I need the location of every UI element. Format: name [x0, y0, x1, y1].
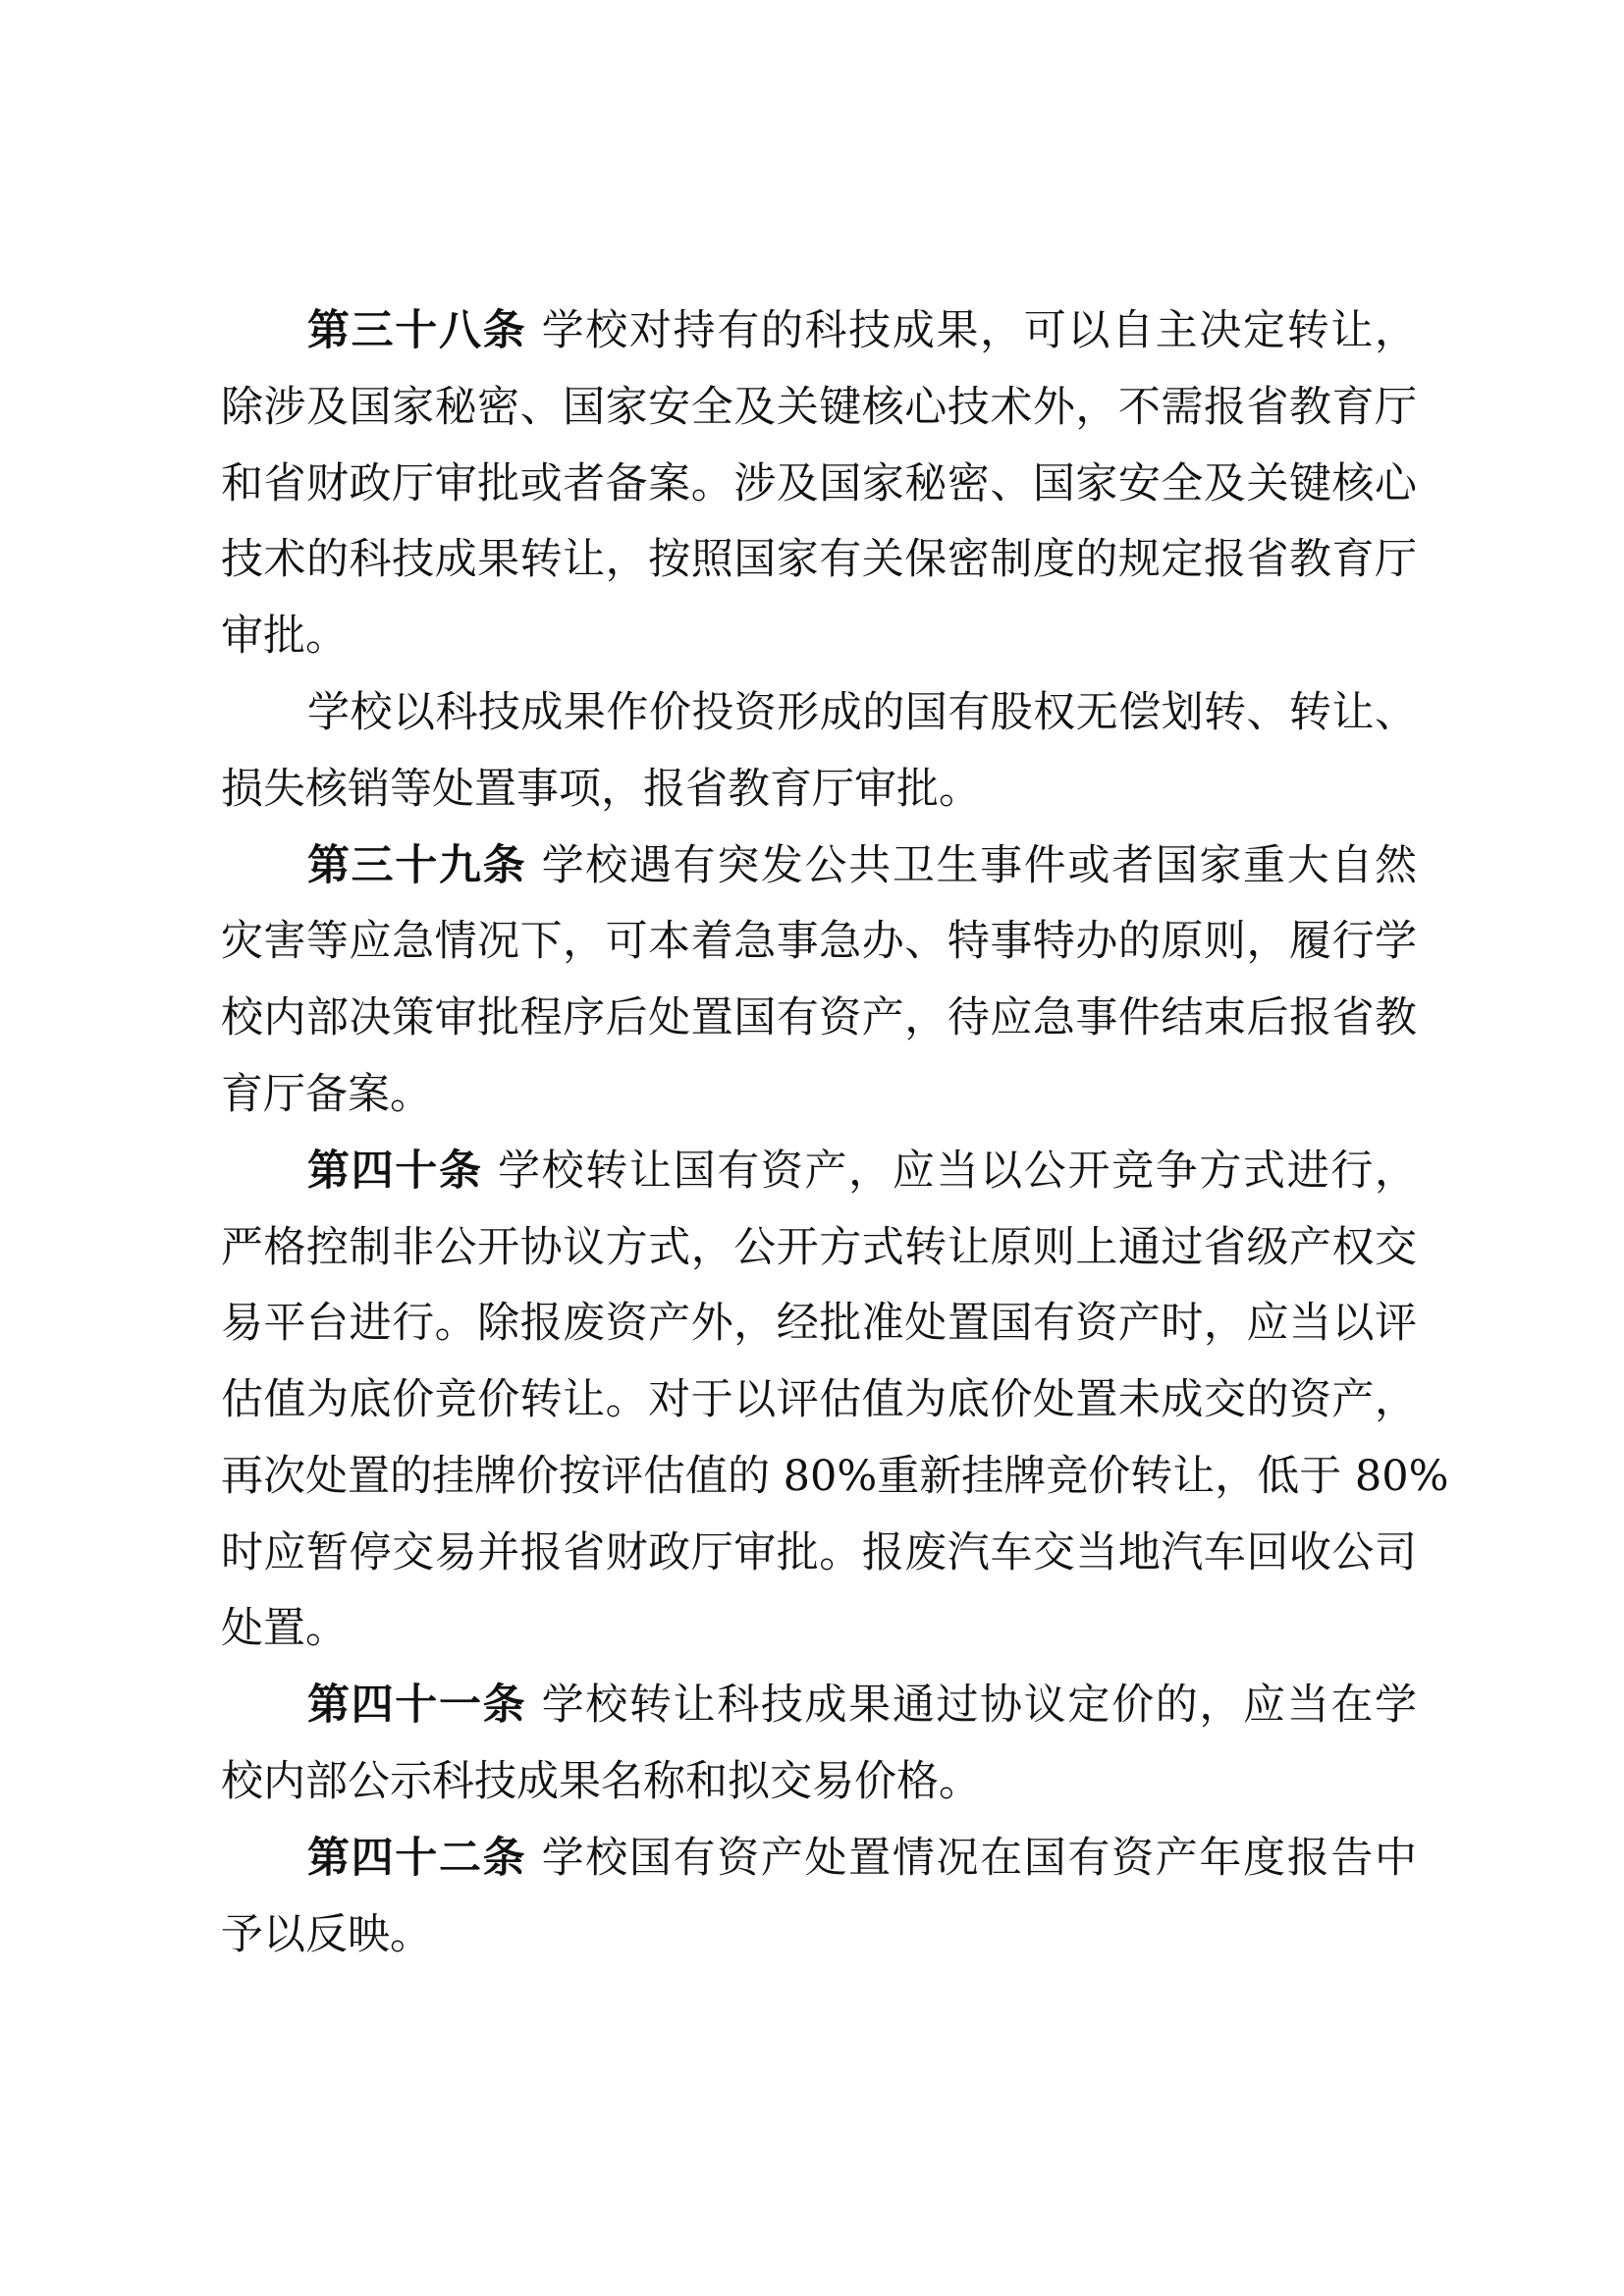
article-39-line-4: 育厅备案。 — [221, 1056, 1417, 1133]
article-38-line-3: 和省财政厅审批或者备案。涉及国家秘密、国家安全及关键核心 — [221, 446, 1417, 522]
article-38-line-1: 第三十八条 学校对持有的科技成果，可以自主决定转让， — [307, 293, 1417, 369]
article-40-line-5: 再次处置的挂牌价按评估值的 80%重新挂牌竞价转让，低于 80% — [221, 1438, 1417, 1515]
article-38-para2-line-1: 学校以科技成果作价投资形成的国有股权无偿划转、转让、 — [307, 674, 1417, 751]
article-38-heading: 第三十八条 — [307, 306, 526, 355]
article-39-heading: 第三十九条 — [307, 841, 526, 890]
article-42-line-1: 第四十二条 学校国有资产处置情况在国有资产年度报告中 — [307, 1820, 1417, 1896]
article-40-line-2: 严格控制非公开协议方式，公开方式转让原则上通过省级产权交 — [221, 1209, 1417, 1286]
article-39-line-1: 第三十九条 学校遇有突发公共卫生事件或者国家重大自然 — [307, 828, 1417, 904]
article-39-line-2: 灾害等应急情况下，可本着急事急办、特事特办的原则，履行学 — [221, 903, 1417, 980]
article-39-line-3: 校内部决策审批程序后处置国有资产，待应急事件结束后报省教 — [221, 980, 1417, 1056]
article-40-line-1: 第四十条 学校转让国有资产，应当以公开竞争方式进行， — [307, 1133, 1417, 1209]
article-41-line-1: 第四十一条 学校转让科技成果通过协议定价的，应当在学 — [307, 1667, 1417, 1743]
article-40-line-7: 处置。 — [221, 1590, 1417, 1667]
article-41-line-2: 校内部公示科技成果名称和拟交易价格。 — [221, 1743, 1417, 1820]
article-41-heading: 第四十一条 — [307, 1681, 526, 1730]
article-38-line-5: 审批。 — [221, 598, 1417, 674]
article-38-line-2: 除涉及国家秘密、国家安全及关键核心技术外，不需报省教育厅 — [221, 369, 1417, 446]
article-38-para2-line-2: 损失核销等处置事项，报省教育厅审批。 — [221, 751, 1417, 828]
article-38-line-4: 技术的科技成果转让，按照国家有关保密制度的规定报省教育厅 — [221, 521, 1417, 598]
article-42-heading: 第四十二条 — [307, 1834, 526, 1883]
article-40-heading: 第四十条 — [307, 1147, 483, 1196]
article-42-line-2: 予以反映。 — [221, 1896, 1417, 1973]
document-page: 第三十八条 学校对持有的科技成果，可以自主决定转让， 除涉及国家秘密、国家安全及… — [0, 0, 1624, 2296]
article-40-line-4: 估值为底价竞价转让。对于以评估值为底价处置未成交的资产， — [221, 1362, 1417, 1438]
article-40-line-6: 时应暂停交易并报省财政厅审批。报废汽车交当地汽车回收公司 — [221, 1515, 1417, 1591]
article-40-line-3: 易平台进行。除报废资产外，经批准处置国有资产时，应当以评 — [221, 1285, 1417, 1362]
